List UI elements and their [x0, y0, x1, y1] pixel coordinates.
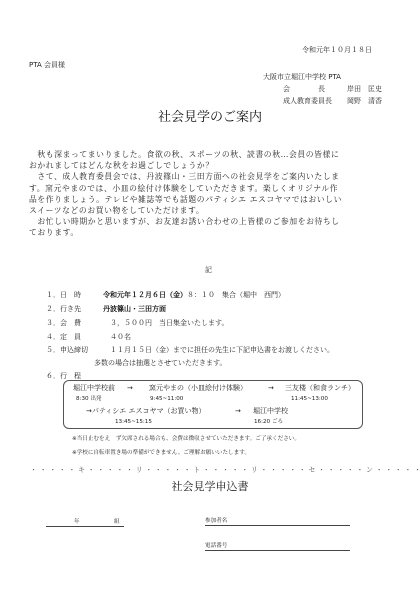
item-date-bold: 令和元年１２月６日（金）	[103, 291, 187, 299]
itinerary-time-1: 8:30 出発	[76, 395, 102, 403]
cut-line: ・・・・・キ・・・・・リ・・・・・ト・・・・・リ・・・・・セ・・・・・ン・・・・…	[30, 465, 420, 475]
ki-heading: 記	[205, 265, 212, 275]
addressee: PTA 会員様	[29, 60, 65, 70]
body-line: す。窯元やまのでは、小皿の絵付け体験をしていただきます。楽しくオリジナル作	[29, 183, 342, 194]
body-line: 品を作りましょう。テレビや雑誌等でも話題のパティシエ エスコヤマではおいしい	[29, 194, 342, 205]
itinerary-stop-4: →パティシエ エスコヤマ（お買い物）	[86, 406, 206, 416]
itinerary-stop-1: 堀江中学校前	[73, 383, 115, 393]
item-deadline-note: 多数の場合は抽選とさせていただきます。	[94, 358, 226, 368]
signer-committee-name: 岡野 清香	[347, 96, 382, 106]
item-fee-label: ３．会 費	[46, 318, 81, 328]
arrow-icon: →	[127, 383, 133, 393]
item-date-label: １．日 時	[46, 290, 81, 300]
note-fee: ※当日止むをえ ず欠席される場合も、会費は徴収させていただきます。ご了承ください…	[72, 435, 300, 443]
body-line: おかれましてはどんな秋をお過ごしでしょうか？	[29, 160, 342, 171]
document-date: 令和元年１０月１８日	[302, 45, 372, 55]
itinerary-time-4: 13:45~15:15	[115, 418, 152, 426]
year-input-line[interactable]	[46, 526, 102, 527]
body-line: スイーツなどのお買い物をしていただけます。	[29, 205, 342, 216]
item-deadline-label: ５．申込締切	[46, 345, 88, 355]
year-label: 年	[74, 518, 80, 526]
class-label: 組	[114, 518, 120, 526]
signer-committee-role: 成人教育委員長	[283, 96, 332, 106]
signer-president-name: 岸田 匡史	[347, 84, 382, 94]
signer-president-role-a: 会	[283, 84, 290, 94]
body-text: 秋も深まってまいりました。食欲の秋、スポーツの秋、読書の秋…会員の皆様に おかれ…	[29, 149, 342, 239]
class-input-line[interactable]	[102, 526, 124, 527]
item-date-value: 令和元年１２月６日（金）８：１０ 集合（堀中 西門）	[103, 290, 285, 300]
arrow-icon: →	[235, 406, 241, 416]
itinerary-time-5: 16:20 ごろ	[254, 418, 283, 426]
body-line: お忙しい時期かと思いますが、お友達お誘い合わせの上皆様のご参加をお待ちし	[29, 216, 342, 227]
page-title: 社会見学のご案内	[0, 110, 420, 126]
item-destination-value: 丹波篠山・三田方面	[103, 304, 166, 314]
body-line: 秋も深まってまいりました。食欲の秋、スポーツの秋、読書の秋…会員の皆様に	[29, 149, 342, 160]
signer-president-role-b: 長	[318, 84, 325, 94]
itinerary-stop-3: 三友楼（和食ランチ）	[285, 383, 355, 393]
itinerary-stop-5: 堀江中学校	[253, 406, 288, 416]
item-date-rest: ８：１０ 集合（堀中 西門）	[187, 291, 285, 299]
item-destination-label: ２．行き先	[46, 304, 81, 314]
itinerary-stop-2: 窯元やまの（小皿絵付け体験）	[149, 383, 247, 393]
itinerary-time-2: 9:45~11:00	[150, 395, 183, 403]
body-line: さて、成人教育委員会では、丹波篠山・三田方面への社会見学をご案内いたしま	[29, 171, 342, 182]
item-capacity-value: ４０名	[110, 332, 131, 342]
phone-label: 電話番号	[205, 542, 227, 550]
itinerary-time-3: 11:45~13:00	[291, 395, 328, 403]
note-bicycle: ※学校に自転車置き場の準備ができません。ご理解お願いいたします。	[72, 449, 250, 457]
form-title: 社会見学申込書	[0, 480, 420, 494]
body-line: ております。	[29, 227, 342, 238]
arrow-icon: →	[268, 383, 274, 393]
item-deadline-value: １１月１５日（金）までに担任の先生に下記申込書をお渡しください。	[110, 345, 334, 355]
item-capacity-label: ４．定 員	[46, 332, 81, 342]
organization-name: 大阪市立堀江中学校 PTA	[263, 72, 341, 82]
item-fee-value: ３，５００円 当日集金いたします。	[110, 318, 228, 328]
participant-label: 参加者名	[205, 517, 227, 525]
participant-name-field[interactable]	[205, 525, 350, 526]
phone-number-field[interactable]	[205, 550, 350, 551]
